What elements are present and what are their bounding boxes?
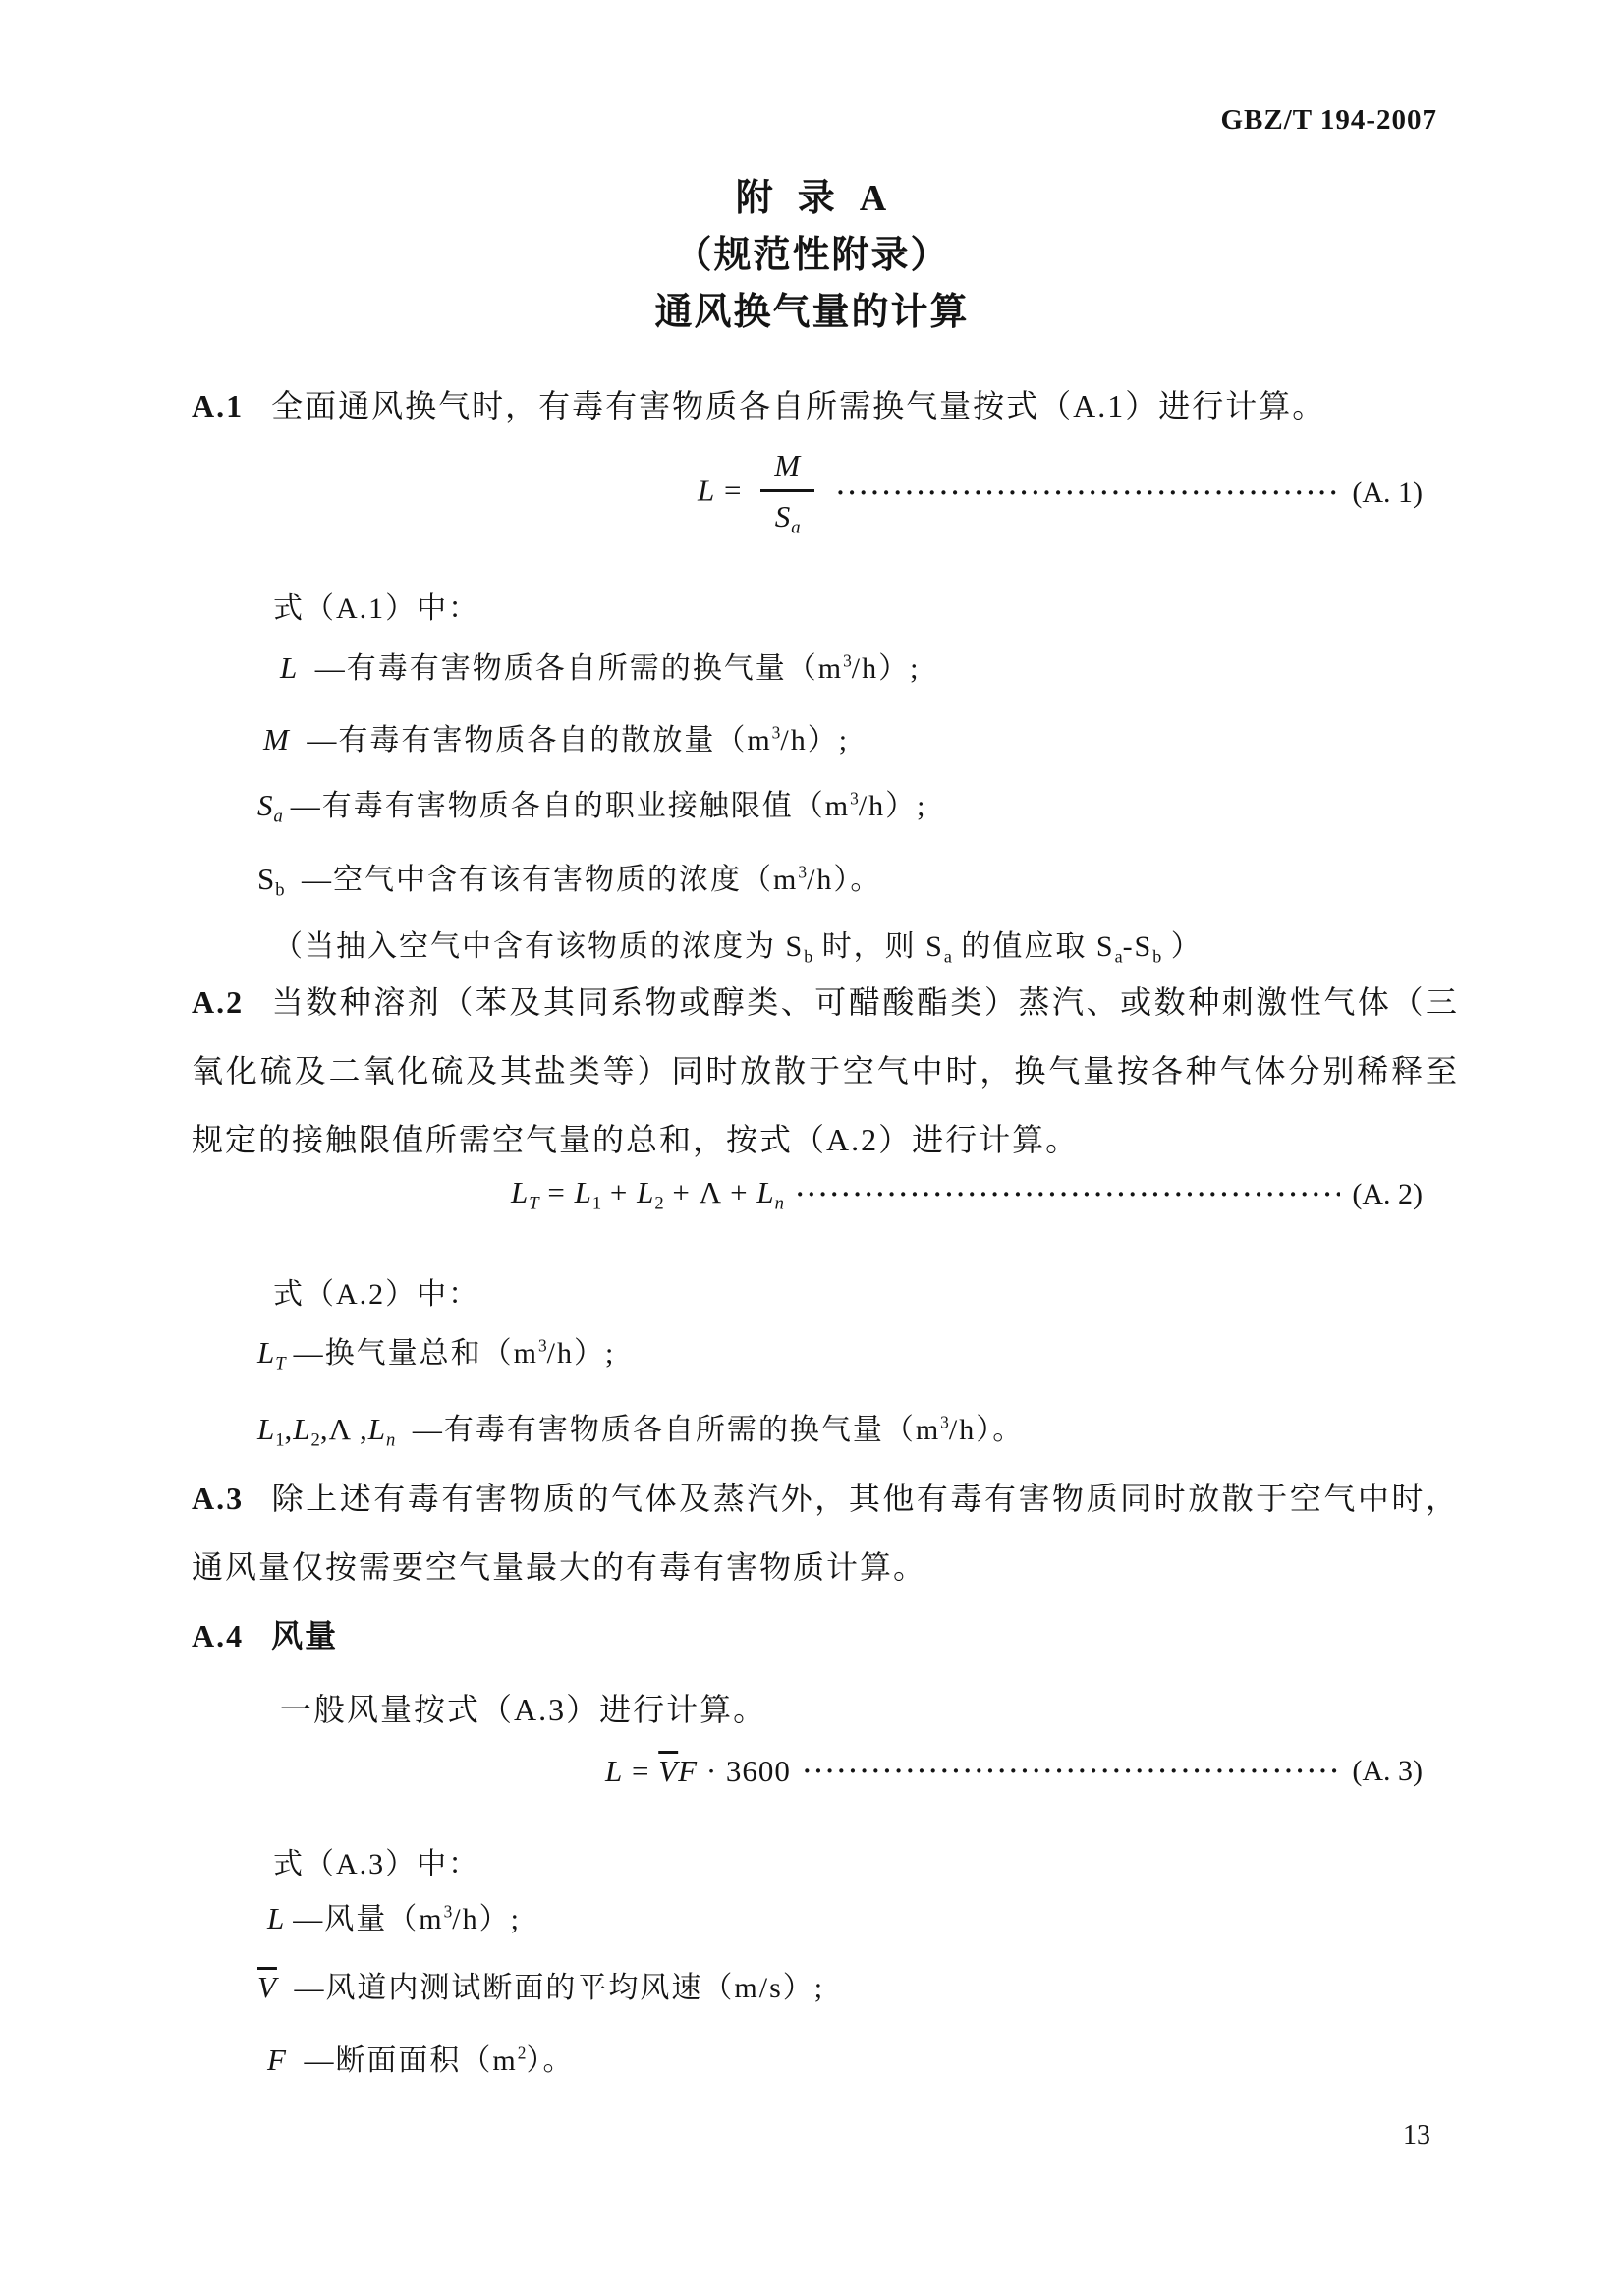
symbol-definition: F —断面面积（m2）。 xyxy=(267,2036,574,2079)
symbol: L xyxy=(280,650,298,685)
section-a3-paragraph: A.3除上述有毒有害物质的气体及蒸汽外，其他有毒有害物质同时放散于空气中时，通风… xyxy=(192,1464,1459,1601)
section-a3-text: 除上述有毒有害物质的气体及蒸汽外，其他有毒有害物质同时放散于空气中时，通风量仅按… xyxy=(192,1481,1459,1585)
section-a4-heading-text: 风量 xyxy=(271,1618,338,1653)
section-a1-text: 全面通风换气时，有毒有害物质各自所需换气量按式（A.1）进行计算。 xyxy=(271,388,1325,423)
definition-text: —有毒有害物质各自的职业接触限值（m3/h）; xyxy=(291,790,927,822)
formula-a2-where: 式（A.2）中： xyxy=(273,1269,479,1313)
formula-a1: L = MSa ································… xyxy=(0,448,1423,539)
definition-text: —有毒有害物质各自所需的换气量（m3/h）; xyxy=(306,652,920,685)
symbol-definition: L —有毒有害物质各自所需的换气量（m3/h）; xyxy=(280,644,920,687)
section-a4-heading: A.4风量 xyxy=(192,1611,338,1656)
definition-text: —有毒有害物质各自的散放量（m3/h）; xyxy=(298,724,849,756)
appendix-subject: 通风换气量的计算 xyxy=(0,281,1624,335)
formula-a2-expression: LT = L1 + L2 + Λ + Ln xyxy=(511,1175,784,1215)
symbol-definition: Sa—有毒有害物质各自的职业接触限值（m3/h）; xyxy=(257,781,927,828)
symbol-definition: V —风道内测试断面的平均风速（m/s）; xyxy=(257,1963,824,2006)
formula-a3-where: 式（A.3）中： xyxy=(273,1839,479,1882)
section-a4-label: A.4 xyxy=(192,1618,244,1653)
appendix-type: （规范性附录） xyxy=(0,224,1624,278)
section-a1-note: （当抽入空气中含有该物质的浓度为 Sb 时，则 Sa 的值应取 Sa-Sb ） xyxy=(273,922,1203,967)
definition-text: —空气中含有该有害物质的浓度（m3/h）。 xyxy=(293,864,882,896)
section-a3-label: A.3 xyxy=(192,1481,244,1516)
formula-a2-number: (A. 2) xyxy=(1352,1178,1423,1211)
symbol-definition: M —有毒有害物质各自的散放量（m3/h）; xyxy=(263,715,849,758)
page-number: 13 xyxy=(1403,2120,1430,2152)
definition-text: —断面面积（m2）。 xyxy=(295,2044,575,2077)
formula-a1-where: 式（A.1）中： xyxy=(273,584,479,627)
definition-text: —风道内测试断面的平均风速（m/s）; xyxy=(285,1972,824,2004)
formula-a3: L = VF · 3600 ··························… xyxy=(0,1754,1423,1789)
formula-a3-number: (A. 3) xyxy=(1352,1755,1423,1788)
dot-leader: ········································… xyxy=(836,478,1340,508)
symbol-definition: L—风量（m3/h）; xyxy=(267,1894,521,1937)
symbol: LT xyxy=(257,1335,286,1370)
fraction-denominator: Sa xyxy=(760,492,814,539)
appendix-title: 附 录 A xyxy=(0,167,1624,221)
symbol: Sa xyxy=(257,788,283,822)
symbol: L xyxy=(267,1901,285,1935)
dot-leader: ········································… xyxy=(803,1757,1340,1786)
document-page: GBZ/T 194-2007 附 录 A （规范性附录） 通风换气量的计算 A.… xyxy=(0,0,1624,2296)
fraction: MSa xyxy=(760,448,814,539)
symbol: Sb xyxy=(257,862,285,896)
definition-text: —换气量总和（m3/h）; xyxy=(294,1337,616,1370)
formula-a1-expression: L = MSa xyxy=(698,448,824,539)
section-a4-intro: 一般风量按式（A.3）进行计算。 xyxy=(280,1685,766,1730)
formula-a1-number: (A. 1) xyxy=(1352,476,1423,510)
symbol-definition: L1,L2,Λ ,Ln —有毒有害物质各自所需的换气量（m3/h）。 xyxy=(257,1405,1024,1452)
fraction-numerator: M xyxy=(760,448,814,492)
section-a1-paragraph: A.1全面通风换气时，有毒有害物质各自所需换气量按式（A.1）进行计算。 xyxy=(192,371,1457,440)
formula-a3-expression: L = VF · 3600 xyxy=(605,1754,791,1789)
definition-text: —有毒有害物质各自所需的换气量（m3/h）。 xyxy=(403,1414,1024,1446)
formula-a2: LT = L1 + L2 + Λ + Ln ··················… xyxy=(0,1175,1423,1215)
section-a2-label: A.2 xyxy=(192,984,244,1020)
section-a2-text: 当数种溶剂（苯及其同系物或醇类、可醋酸酯类）蒸汽、或数种刺激性气体（三氧化硫及二… xyxy=(192,984,1459,1157)
standard-number: GBZ/T 194-2007 xyxy=(1220,104,1437,137)
symbol-definition: Sb —空气中含有该有害物质的浓度（m3/h）。 xyxy=(257,855,881,902)
symbol: F xyxy=(267,2043,287,2077)
dot-leader: ········································… xyxy=(796,1180,1340,1209)
symbol: V xyxy=(257,1970,277,2004)
definition-text: —风量（m3/h）; xyxy=(293,1903,521,1935)
section-a1-label: A.1 xyxy=(192,388,244,423)
symbol: L1,L2,Λ ,Ln xyxy=(257,1412,395,1446)
symbol-definition: LT—换气量总和（m3/h）; xyxy=(257,1328,615,1375)
section-a2-paragraph: A.2当数种溶剂（苯及其同系物或醇类、可醋酸酯类）蒸汽、或数种刺激性气体（三氧化… xyxy=(192,968,1459,1174)
symbol: M xyxy=(263,722,290,756)
formula-a1-lhs: L = xyxy=(698,473,751,507)
